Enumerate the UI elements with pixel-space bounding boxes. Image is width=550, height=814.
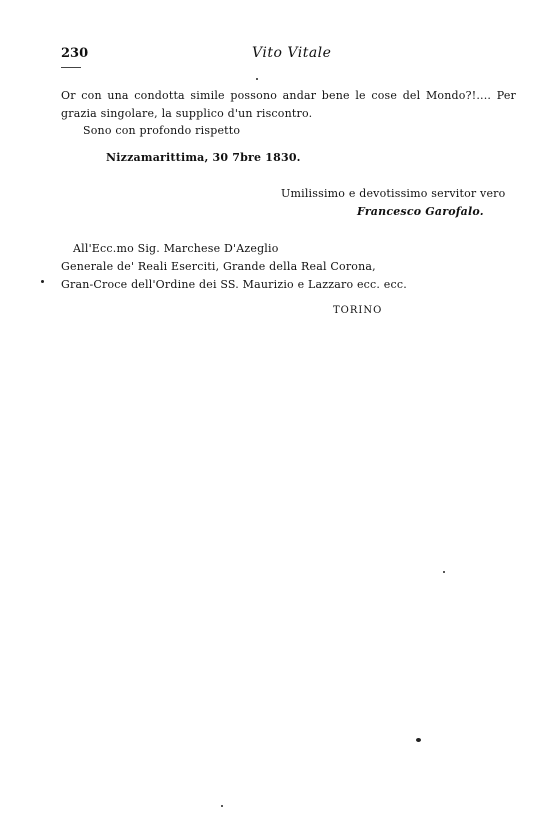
letter-signature: Francesco Garofalo. xyxy=(357,205,484,218)
letter-signoff: Umilissimo e devotissimo servitor vero xyxy=(281,187,505,200)
address-line-3: Gran-Croce dell'Ordine dei SS. Maurizio … xyxy=(61,278,407,291)
scan-speck xyxy=(221,805,223,807)
scan-speck xyxy=(256,78,258,80)
running-head: Vito Vitale xyxy=(252,45,331,61)
scan-speck xyxy=(41,280,44,283)
header-rule xyxy=(61,67,81,68)
address-city: TORINO xyxy=(333,305,382,316)
page-number: 230 xyxy=(61,46,88,61)
scan-speck xyxy=(443,571,445,573)
letter-text-line-1: Or con una condotta simile possono andar… xyxy=(61,89,516,102)
letter-closing: Sono con profondo rispetto xyxy=(83,124,240,137)
letter-text-line-2: grazia singolare, la supplico d'un risco… xyxy=(61,107,312,120)
address-line-1: All'Ecc.mo Sig. Marchese D'Azeglio xyxy=(73,242,279,255)
scan-speck xyxy=(416,738,421,742)
address-line-2: Generale de' Reali Eserciti, Grande dell… xyxy=(61,260,376,273)
letter-place-date: Nizzamarittima, 30 7bre 1830. xyxy=(106,151,301,164)
